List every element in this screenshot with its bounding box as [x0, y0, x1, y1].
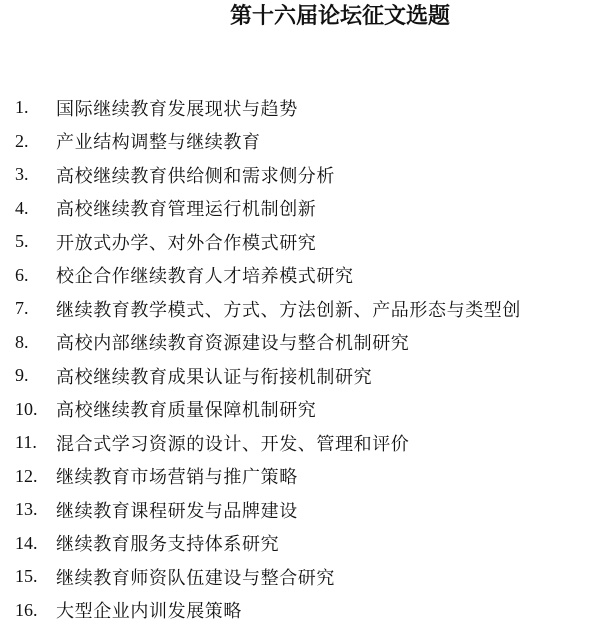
list-item: 15. 继续教育师资队伍建设与整合研究 — [0, 560, 601, 594]
list-item: 10. 高校继续教育质量保障机制研究 — [0, 393, 601, 427]
topic-number: 12. — [0, 466, 56, 487]
topic-text: 高校继续教育供给侧和需求侧分析 — [56, 162, 335, 188]
list-item: 11. 混合式学习资源的设计、开发、管理和评价 — [0, 426, 601, 460]
topic-number: 9. — [0, 365, 56, 386]
list-item: 16. 大型企业内训发展策略 — [0, 594, 601, 621]
topic-number: 2. — [0, 131, 56, 152]
topic-number: 10. — [0, 399, 56, 420]
list-item: 8. 高校内部继续教育资源建设与整合机制研究 — [0, 326, 601, 360]
topic-text: 大型企业内训发展策略 — [56, 597, 242, 621]
topic-number: 7. — [0, 298, 56, 319]
list-item: 3. 高校继续教育供给侧和需求侧分析 — [0, 158, 601, 192]
topic-number: 4. — [0, 198, 56, 219]
list-item: 4. 高校继续教育管理运行机制创新 — [0, 192, 601, 226]
list-item: 6. 校企合作继续教育人才培养模式研究 — [0, 259, 601, 293]
topic-number: 8. — [0, 332, 56, 353]
list-item: 13. 继续教育课程研发与品牌建设 — [0, 493, 601, 527]
topic-text: 高校继续教育质量保障机制研究 — [56, 396, 316, 422]
list-item: 9. 高校继续教育成果认证与衔接机制研究 — [0, 359, 601, 393]
topic-text: 高校内部继续教育资源建设与整合机制研究 — [56, 329, 409, 355]
list-item: 14. 继续教育服务支持体系研究 — [0, 527, 601, 561]
topic-number: 13. — [0, 499, 56, 520]
topic-number: 5. — [0, 231, 56, 252]
topic-text: 国际继续教育发展现状与趋势 — [56, 95, 298, 121]
page-title: 第十六届论坛征文选题 — [180, 2, 500, 32]
topic-number: 1. — [0, 97, 56, 118]
list-item: 5. 开放式办学、对外合作模式研究 — [0, 225, 601, 259]
list-item: 2. 产业结构调整与继续教育 — [0, 125, 601, 159]
topic-text: 校企合作继续教育人才培养模式研究 — [56, 262, 354, 288]
topic-text: 继续教育师资队伍建设与整合研究 — [56, 564, 335, 590]
topic-text: 高校继续教育管理运行机制创新 — [56, 195, 316, 221]
topic-number: 11. — [0, 432, 56, 453]
list-item: 12. 继续教育市场营销与推广策略 — [0, 460, 601, 494]
topic-text: 继续教育服务支持体系研究 — [56, 530, 279, 556]
topic-text: 继续教育课程研发与品牌建设 — [56, 497, 298, 523]
topic-text: 继续教育市场营销与推广策略 — [56, 463, 298, 489]
topic-number: 16. — [0, 600, 56, 621]
topic-number: 6. — [0, 265, 56, 286]
topic-number: 3. — [0, 164, 56, 185]
topic-text: 开放式办学、对外合作模式研究 — [56, 229, 316, 255]
topic-text: 继续教育教学模式、方式、方法创新、产品形态与类型创 — [56, 296, 521, 322]
list-item: 7. 继续教育教学模式、方式、方法创新、产品形态与类型创 — [0, 292, 601, 326]
topic-text: 高校继续教育成果认证与衔接机制研究 — [56, 363, 372, 389]
topic-text: 产业结构调整与继续教育 — [56, 128, 261, 154]
topic-number: 15. — [0, 566, 56, 587]
topic-list: 1. 国际继续教育发展现状与趋势 2. 产业结构调整与继续教育 3. 高校继续教… — [0, 91, 601, 621]
list-item: 1. 国际继续教育发展现状与趋势 — [0, 91, 601, 125]
topic-text: 混合式学习资源的设计、开发、管理和评价 — [56, 430, 409, 456]
topic-number: 14. — [0, 533, 56, 554]
